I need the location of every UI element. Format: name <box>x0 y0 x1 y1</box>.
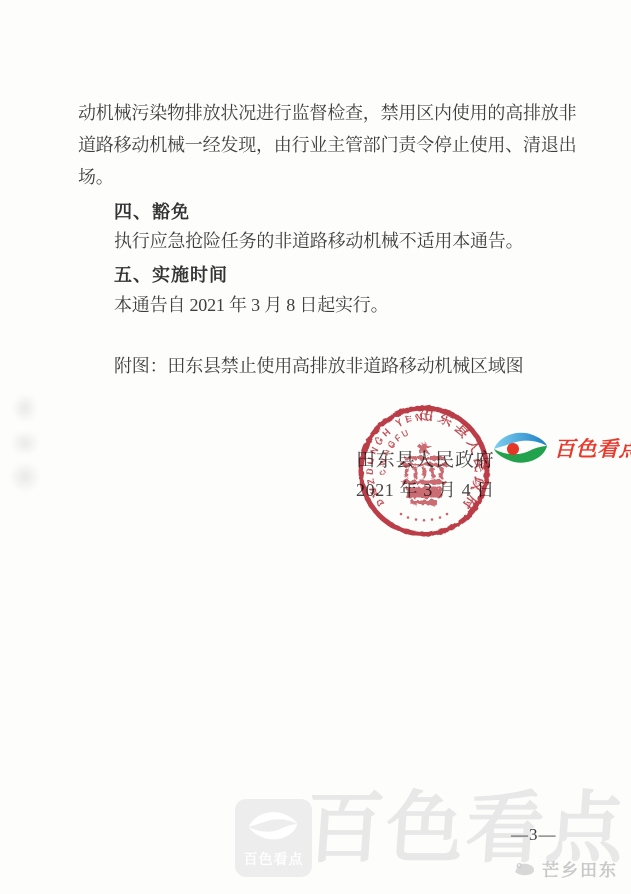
baise-kandian-tile-logo: 百色看点 <box>235 799 312 877</box>
scan-smudge <box>9 461 41 493</box>
mangxiang-bird-icon <box>512 857 538 879</box>
body-line: 执行应急抢险任务的非道路移动机械不适用本通告。 <box>114 227 614 253</box>
body-line: 动机械污染物排放状况进行监督检查，禁用区内使用的高排放非 <box>78 99 578 125</box>
scan-smudge <box>12 393 38 423</box>
signature-authority: 田东县人民政府 <box>356 445 495 472</box>
swirl-blue-arc <box>494 433 547 449</box>
tile-swirl-icon <box>247 808 300 844</box>
signature-date: 2021 年 3 月 4 日 <box>356 476 495 502</box>
page-number: —3— <box>511 825 557 845</box>
baise-kandian-swirl-icon <box>492 429 550 467</box>
scan-smudge <box>10 430 40 456</box>
section-heading-exemption: 四、豁免 <box>114 198 614 224</box>
swirl-red-dot <box>507 443 519 455</box>
body-line: 场。 <box>78 163 578 189</box>
attachment-line: 附图：田东县禁止使用高排放非道路移动机械区域图 <box>114 352 614 378</box>
body-line: 道路移动机械一经发现，由行业主管部门责令停止使用、清退出 <box>78 131 578 157</box>
section-heading-implementation-time: 五、实施时间 <box>114 261 614 287</box>
mangxiang-tiandong-watermark: 芒乡田东 <box>542 856 618 881</box>
swirl-green-arc <box>494 446 547 463</box>
seal-bottom-marks <box>400 513 449 522</box>
body-line: 本通告自 2021 年 3 月 8 日起实行。 <box>114 291 614 317</box>
tile-label: 百色看点 <box>235 849 312 869</box>
baise-kandian-watermark-text: 百色看点 <box>554 433 631 463</box>
scanned-document-page: { "document": { "lines": [ { "text": "动机… <box>0 0 631 894</box>
